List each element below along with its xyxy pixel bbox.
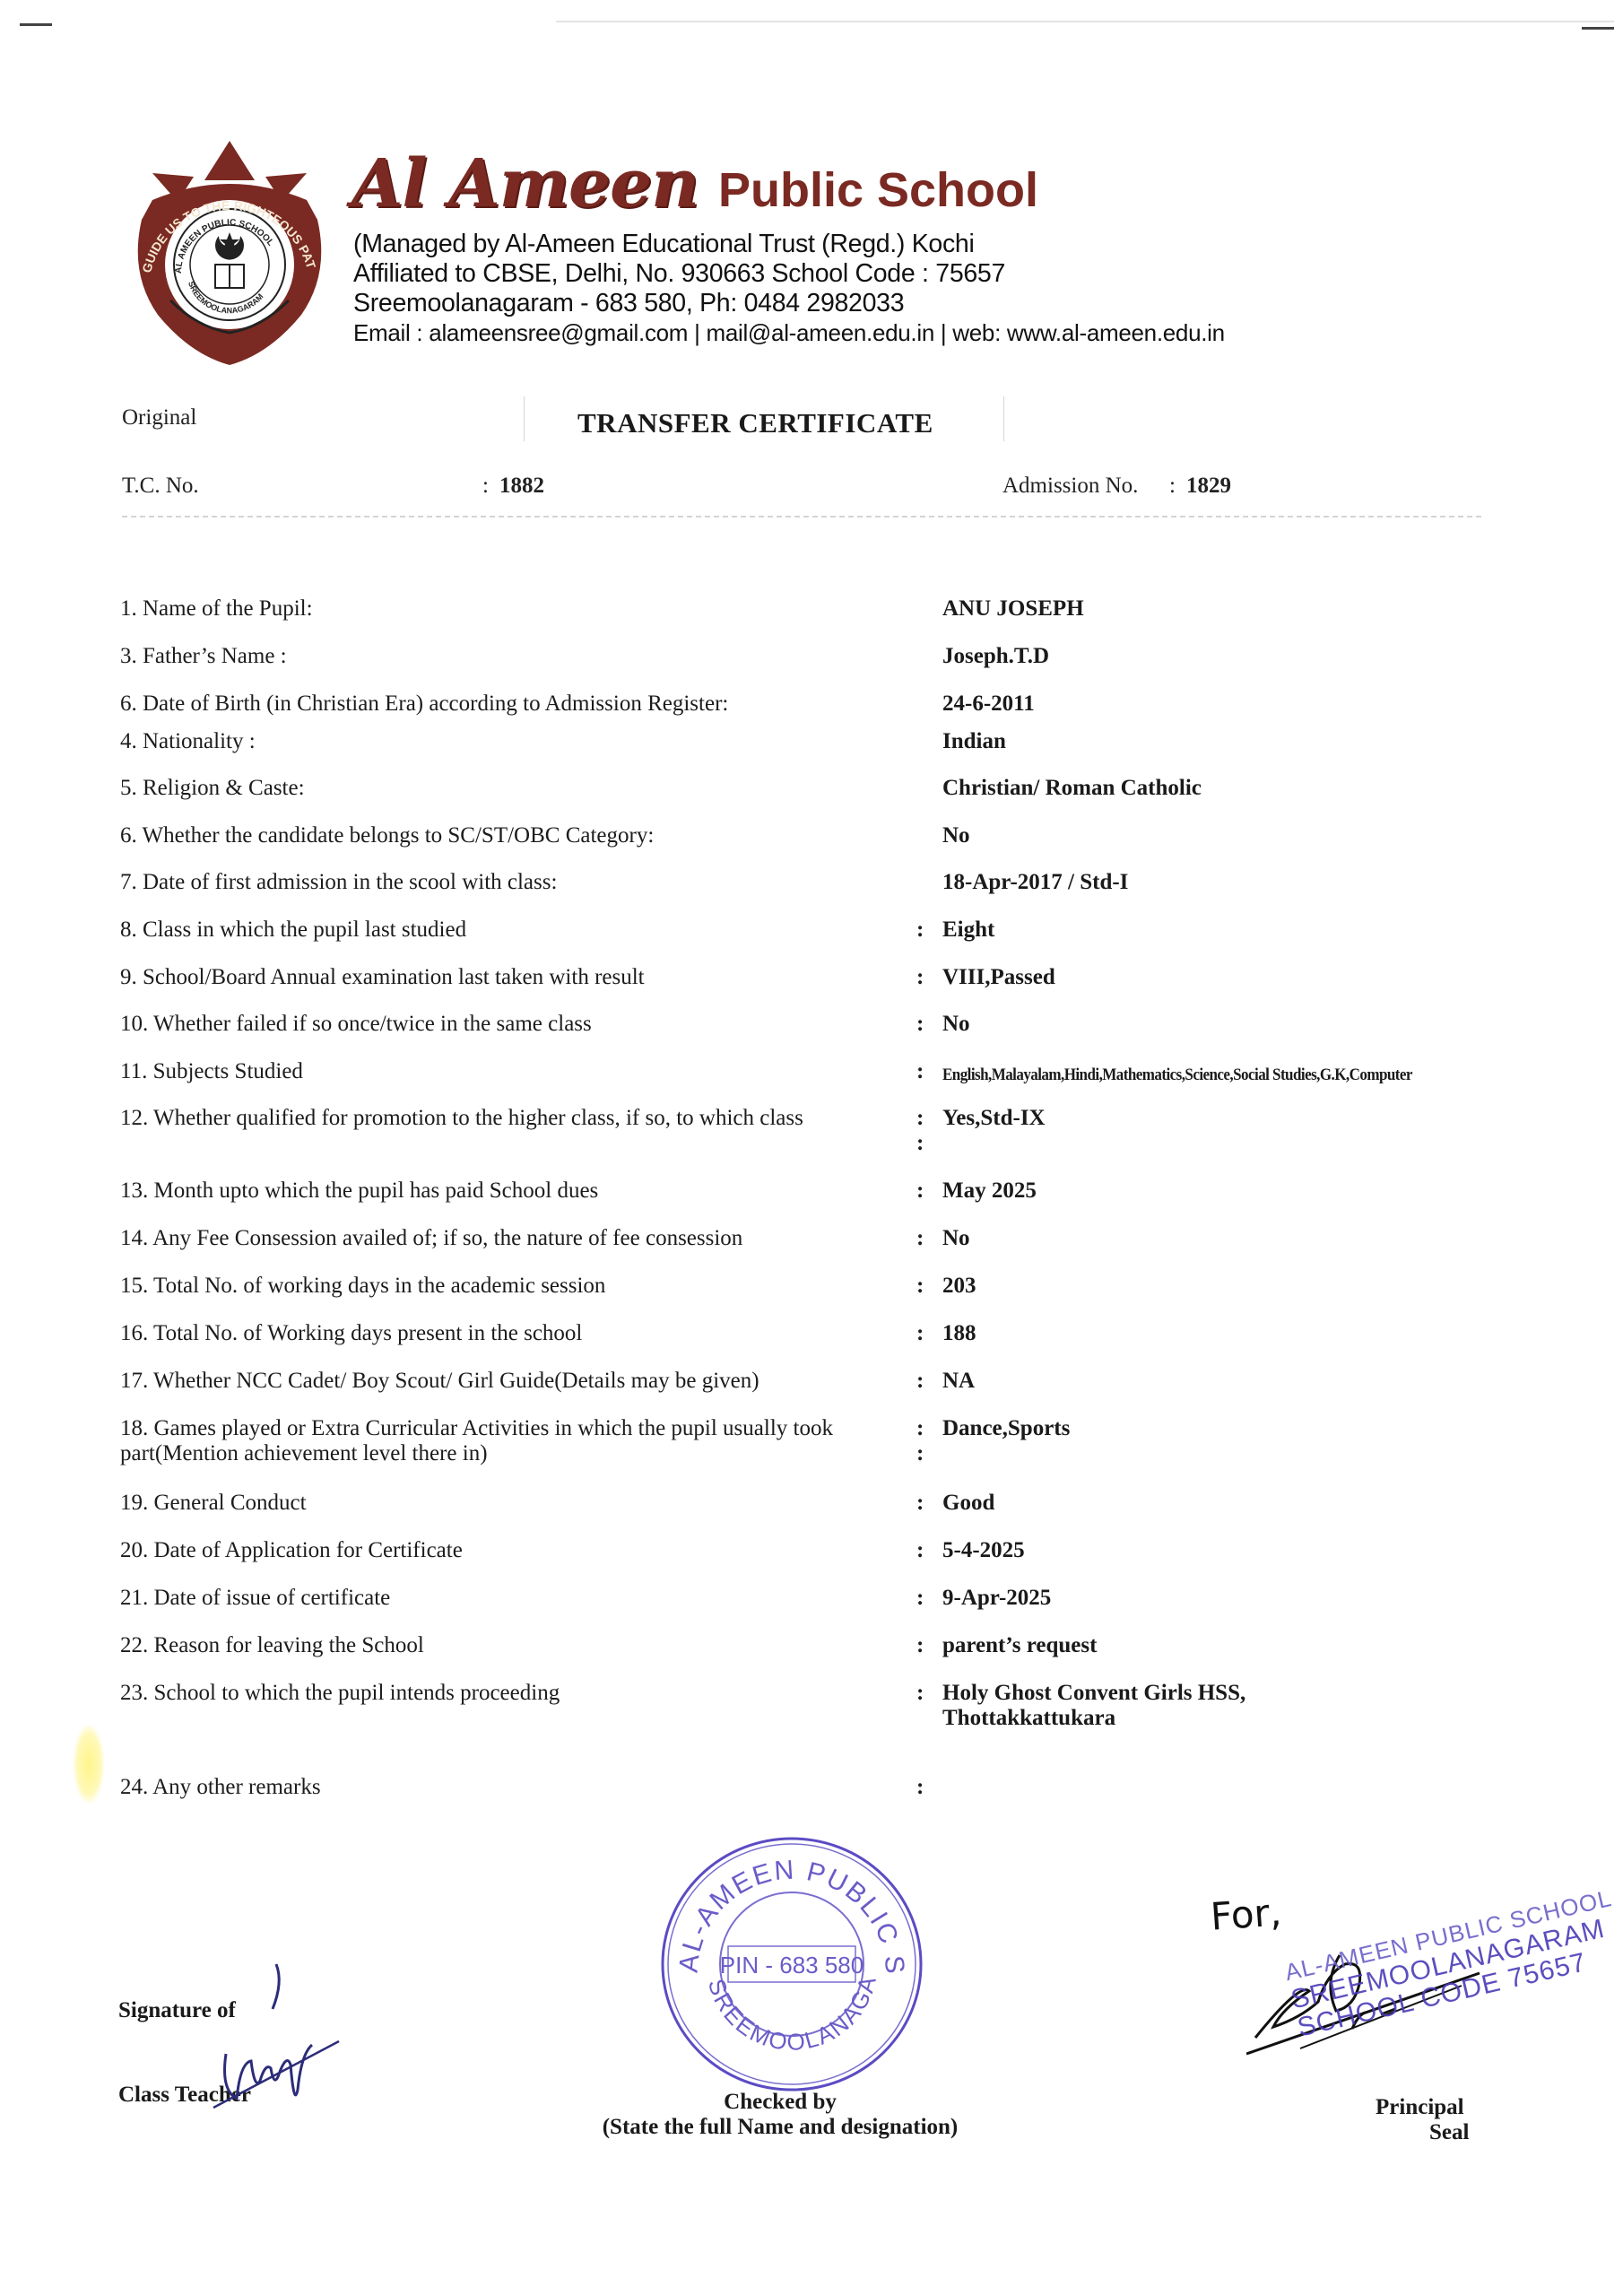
field-label: 12. Whether qualified for promotion to t… [120, 1106, 838, 1131]
field-value: 24-6-2011 [942, 691, 1035, 717]
scan-mark-left [20, 23, 52, 26]
highlighter-smudge [74, 1726, 104, 1803]
school-crest-icon: GUIDE US TO THE RIGHTEOUS PATH AL AMEEN … [126, 139, 334, 365]
field-colon: : [916, 1441, 924, 1466]
principal-label: Principal [1376, 2095, 1464, 2120]
field-colon: : [916, 1321, 924, 1346]
field-colon: : [916, 1491, 924, 1516]
field-value: May 2025 [942, 1178, 1037, 1204]
field-value: English,Malayalam,Hindi,Mathematics,Scie… [942, 1063, 1412, 1088]
field-value: 18-Apr-2017 / Std-I [942, 870, 1128, 895]
scan-mark-right [1582, 27, 1614, 30]
svg-text:PIN - 683 580: PIN - 683 580 [720, 1952, 864, 1979]
field-value: No [942, 823, 970, 848]
field-label: 19. General Conduct [120, 1491, 864, 1516]
divider [122, 516, 1485, 517]
field-colon: : [916, 1538, 924, 1563]
field-value: 188 [942, 1321, 976, 1346]
field-label: 6. Date of Birth (in Christian Era) acco… [120, 691, 927, 717]
field-label: 7. Date of first admission in the scool … [120, 870, 864, 895]
field-value: Dance,Sports [942, 1416, 1070, 1441]
admission-no-label: Admission No. [1002, 474, 1138, 499]
field-value: parent’s request [942, 1633, 1097, 1658]
admission-no-field: :1829 [1169, 474, 1231, 499]
field-label: 5. Religion & Caste: [120, 776, 864, 801]
affiliation-line: Affiliated to CBSE, Delhi, No. 930663 Sc… [353, 259, 1225, 289]
field-label: 4. Nationality : [120, 729, 864, 754]
seal-label: Seal [1429, 2120, 1469, 2145]
field-label: 22. Reason for leaving the School [120, 1633, 864, 1658]
field-value: 203 [942, 1274, 976, 1299]
field-label: 13. Month upto which the pupil has paid … [120, 1178, 864, 1204]
field-value: ANU JOSEPH [942, 596, 1084, 622]
field-value: Holy Ghost Convent Girls HSS, [942, 1681, 1245, 1706]
school-name-brand: Al Ameen [352, 145, 699, 222]
field-label: 16. Total No. of Working days present in… [120, 1321, 864, 1346]
field-colon: : [916, 918, 924, 943]
field-colon: : [916, 1586, 924, 1611]
field-value: VIII,Passed [942, 965, 1055, 990]
copy-type: Original [122, 405, 196, 430]
checked-by-label: Checked by [502, 2090, 1058, 2115]
field-value: Yes,Std-IX [942, 1106, 1046, 1131]
field-label: 15. Total No. of working days in the aca… [120, 1274, 864, 1299]
field-label: 17. Whether NCC Cadet/ Boy Scout/ Girl G… [120, 1369, 864, 1394]
field-colon: : [916, 1633, 924, 1658]
field-label: 3. Father’s Name : [120, 644, 864, 669]
address-line: Sreemoolanagaram - 683 580, Ph: 0484 298… [353, 289, 1225, 318]
class-teacher-signature-icon [204, 1955, 348, 2117]
field-value: Eight [942, 918, 994, 943]
field-colon: : [916, 1416, 924, 1441]
field-colon: : [916, 1131, 924, 1156]
field-colon: : [916, 1178, 924, 1204]
field-label: 10. Whether failed if so once/twice in t… [120, 1012, 864, 1037]
field-label: 23. School to which the pupil intends pr… [120, 1681, 864, 1706]
field-colon: : [916, 965, 924, 990]
field-colon: : [916, 1059, 924, 1084]
tc-no-field: :1882 [482, 474, 544, 499]
school-round-stamp-icon: AL-AMEEN PUBLIC SCHOOL SREEMOOLANAGARAM … [653, 1830, 931, 2099]
field-value: NA [942, 1369, 975, 1394]
field-value: 9-Apr-2025 [942, 1586, 1051, 1611]
field-label: 14. Any Fee Consession availed of; if so… [120, 1226, 864, 1251]
tc-no-label: T.C. No. [122, 474, 199, 499]
field-value: Joseph.T.D [942, 644, 1049, 669]
field-colon: : [916, 1012, 924, 1037]
field-label: 24. Any other remarks [120, 1775, 864, 1800]
school-name-suffix: Public School [718, 162, 1038, 218]
management-line: (Managed by Al-Ameen Educational Trust (… [353, 230, 1225, 259]
tc-no-value: 1882 [499, 474, 544, 498]
field-colon: : [916, 1681, 924, 1706]
field-colon: : [916, 1775, 924, 1800]
field-label: 11. Subjects Studied [120, 1059, 864, 1084]
field-value: Christian/ Roman Catholic [942, 776, 1202, 801]
checked-by-block: Checked by (State the full Name and desi… [502, 2090, 1058, 2140]
field-colon: : [916, 1274, 924, 1299]
field-colon: : [916, 1369, 924, 1394]
field-label: 6. Whether the candidate belongs to SC/S… [120, 823, 864, 848]
field-label: 9. School/Board Annual examination last … [120, 965, 864, 990]
school-name: Al Ameen Public School [352, 145, 1038, 222]
document-title: TRANSFER CERTIFICATE [577, 407, 933, 439]
email-web-line: Email : alameensree@gmail.com | mail@al-… [353, 318, 1225, 348]
field-label: 8. Class in which the pupil last studied [120, 918, 864, 943]
field-value-line2: Thottakkattukara [942, 1706, 1115, 1731]
field-value: 5-4-2025 [942, 1538, 1025, 1563]
field-value: No [942, 1226, 970, 1251]
field-label: 21. Date of issue of certificate [120, 1586, 864, 1611]
field-value: Good [942, 1491, 994, 1516]
school-contact-block: (Managed by Al-Ameen Educational Trust (… [353, 230, 1225, 348]
field-label: 1. Name of the Pupil: [120, 596, 864, 622]
field-colon: : [916, 1106, 924, 1131]
scan-edge-line [556, 21, 1614, 22]
field-value: Indian [942, 729, 1006, 754]
field-value: No [942, 1012, 970, 1037]
checked-by-note: (State the full Name and designation) [502, 2115, 1058, 2140]
field-label: 20. Date of Application for Certificate [120, 1538, 864, 1563]
admission-no-value: 1829 [1186, 474, 1231, 498]
field-label: 18. Games played or Extra Curricular Act… [120, 1416, 864, 1466]
field-colon: : [916, 1226, 924, 1251]
